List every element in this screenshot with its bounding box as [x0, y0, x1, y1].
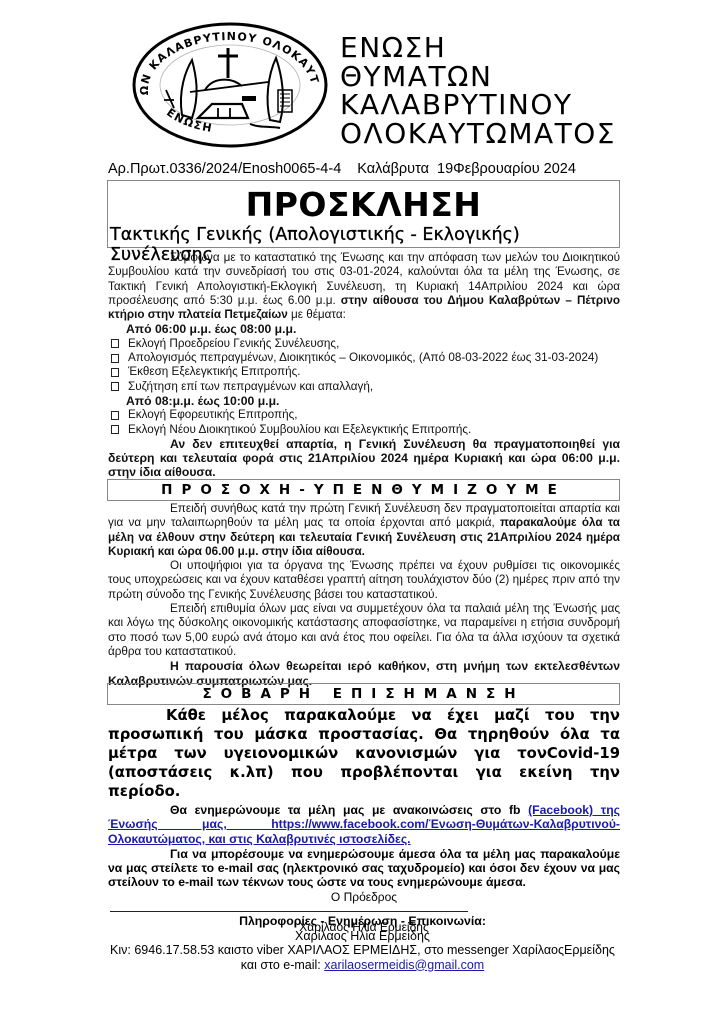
agenda-item: Απολογισμός πεπραγμένων, Διοικητικός – Ο…	[108, 351, 620, 365]
intro-paragraph: Σύμφωνα με το καταστατικό της Ένωσης και…	[108, 251, 620, 322]
attention-section: Επειδή συνήθως κατά την πρώτη Γενική Συν…	[108, 502, 620, 688]
org-name-line: ΘΥΜΑΤΩΝ	[340, 63, 620, 92]
org-name-line: ΚΑΛΑΒΡΥΤΙΝΟΥ	[340, 91, 620, 120]
agenda-item: Έκθεση Εξελεγκτικής Επιτροπής.	[108, 365, 620, 379]
checkbox-bullet-icon	[111, 382, 119, 391]
intro-section: Σύμφωνα με το καταστατικό της Ένωσης και…	[108, 251, 620, 480]
checkbox-bullet-icon	[111, 368, 119, 377]
contact-footer: Πληροφορίες - Ενημέρωση - Επικοινωνία: Χ…	[90, 914, 635, 972]
reference-line: Αρ.Πρωτ.0336/2024/Enosh0065-4-4Καλάβρυτα…	[108, 161, 592, 177]
quorum-note: Αν δεν επιτευχθεί απαρτία, η Γενική Συνέ…	[108, 437, 620, 480]
checkbox-bullet-icon	[111, 354, 119, 363]
org-name-line: ΟΛΟΚΑΥΤΩΜΑΤΟΣ	[340, 120, 620, 149]
contact-name: Χαρίλαος Ηλία Ερμείδης	[90, 929, 635, 944]
email-link[interactable]: xarilaosermeidis@gmail.com	[324, 958, 484, 972]
document-title: ΠΡΟΣΚΛΗΣΗ	[108, 185, 619, 224]
title-box: ΠΡΟΣΚΛΗΣΗ Τακτικής Γενικής (Απολογιστική…	[107, 180, 620, 248]
protocol-number: Αρ.Πρωτ.0336/2024/Enosh0065-4-4	[108, 161, 341, 177]
contact-heading: Πληροφορίες - Ενημέρωση - Επικοινωνία:	[90, 914, 635, 929]
svg-text:ΘΥΜΑΤΩΝ ΚΑΛΑΒΡΥΤΙΝΟΥ ΟΛΟΚΑΥΤΩΜ: ΘΥΜΑΤΩΝ ΚΑΛΑΒΡΥΤΙΝΟΥ ΟΛΟΚΑΥΤΩΜΑΤΟΣ	[130, 20, 321, 95]
checkbox-bullet-icon	[111, 339, 119, 348]
covid-notice: Κάθε μέλος παρακαλούμε να έχει μαζί του …	[108, 706, 620, 801]
facebook-paragraph: Θα ενημερώνουμε τα μέλη μας με ανακοινώσ…	[108, 803, 620, 846]
checkbox-bullet-icon	[111, 411, 119, 420]
contact-email-line: και στο e-mail: xarilaosermeidis@gmail.c…	[90, 958, 635, 973]
signature-role: Ο Πρόεδρος	[108, 890, 620, 904]
invitation-document: ΘΥΜΑΤΩΝ ΚΑΛΑΒΡΥΤΙΝΟΥ ΟΛΟΚΑΥΤΩΜΑΤΟΣ ΕΝΩΣΗ…	[0, 0, 724, 1024]
notice-section: Κάθε μέλος παρακαλούμε να έχει μαζί του …	[108, 706, 620, 934]
candidates-paragraph: Οι υποψήφιοι για τα όργανα της Ένωσης πρ…	[108, 559, 620, 602]
notice-banner: ΣΟΒΑΡΗ ΕΠΙΣΗΜΑΝΣΗ	[107, 683, 620, 705]
union-seal-logo-icon: ΘΥΜΑΤΩΝ ΚΑΛΑΒΡΥΤΙΝΟΥ ΟΛΟΚΑΥΤΩΜΑΤΟΣ ΕΝΩΣΗ	[130, 20, 330, 150]
agenda-time-slot-2: Από 08:μ.μ. έως 10:00 μ.μ.	[108, 394, 620, 408]
place-date: Καλάβρυτα 19Φεβρουαρίου 2024	[357, 161, 576, 177]
agenda-item: Εκλογή Εφορευτικής Επιτροπής,	[108, 408, 620, 422]
agenda-item: Εκλογή Προεδρείου Γενικής Συνέλευσης,	[108, 337, 620, 351]
organization-name: ΕΝΩΣΗ ΘΥΜΑΤΩΝ ΚΑΛΑΒΡΥΤΙΝΟΥ ΟΛΟΚΑΥΤΩΜΑΤΟΣ	[340, 34, 620, 148]
email-request-paragraph: Για να μπορέσουμε να ενημερώσουμε άμεσα …	[108, 847, 620, 890]
footer-divider	[110, 911, 468, 912]
contact-phone: Κιν: 6946.17.58.53 καιστο viber ΧΑΡΙΛΑΟΣ…	[90, 943, 635, 958]
agenda-item: Εκλογή Νέου Διοικητικού Συμβουλίου και Ε…	[108, 423, 620, 437]
attention-paragraph: Επειδή συνήθως κατά την πρώτη Γενική Συν…	[108, 502, 620, 559]
agenda-time-slot-1: Από 06:00 μ.μ. έως 08:00 μ.μ.	[108, 322, 620, 336]
subscription-paragraph: Επειδή επιθυμία όλων μας είναι να συμμετ…	[108, 602, 620, 659]
org-name-line: ΕΝΩΣΗ	[340, 34, 620, 63]
attention-banner: ΠΡΟΣΟΧΗ-ΥΠΕΝΘΥΜΙΖΟΥΜΕ	[107, 479, 620, 501]
checkbox-bullet-icon	[111, 425, 119, 434]
agenda-item: Συζήτηση επί των πεπραγμένων και απαλλαγ…	[108, 380, 620, 394]
